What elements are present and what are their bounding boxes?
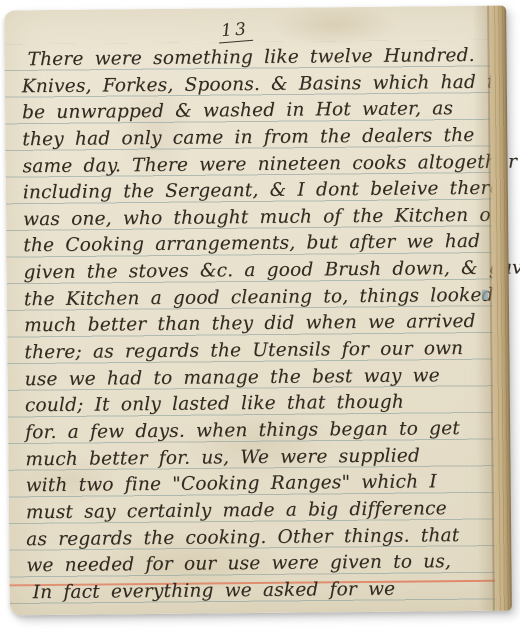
handwritten-text-block: There were something like twelve Hundred… — [21, 43, 473, 607]
handwritten-line: they had only came in from the dealers t… — [22, 123, 469, 154]
handwritten-line: for. a few days. when things began to ge… — [25, 416, 472, 447]
scanned-document-background: 13 There were something like twelve Hund… — [0, 0, 520, 629]
handwritten-line: In fact everything we asked for we — [27, 576, 474, 607]
handwritten-line: given the stoves &c. a good Brush down, … — [24, 256, 471, 287]
page-number-value: 13 — [218, 19, 253, 44]
handwritten-line: there; as regards the Utensils for our o… — [24, 336, 471, 367]
handwritten-line: use we had to manage the best way we — [25, 363, 472, 394]
blue-paper-speck — [482, 290, 488, 300]
diary-page: 13 There were something like twelve Hund… — [4, 6, 512, 616]
handwritten-line: we needed for our use were given to us, — [26, 549, 473, 580]
handwritten-line: There were something like twelve Hundred… — [21, 43, 468, 74]
handwritten-line: be unwrapped & washed in Hot water, as — [22, 96, 469, 127]
page-number: 13 — [209, 20, 261, 42]
handwritten-line: including the Sergeant, & I dont beleive… — [23, 176, 470, 207]
handwritten-line: must say certainly made a big difference — [26, 496, 473, 527]
page-edge-streaks — [491, 6, 512, 611]
handwritten-line: with two fine "Cooking Ranges" which I — [26, 469, 473, 500]
